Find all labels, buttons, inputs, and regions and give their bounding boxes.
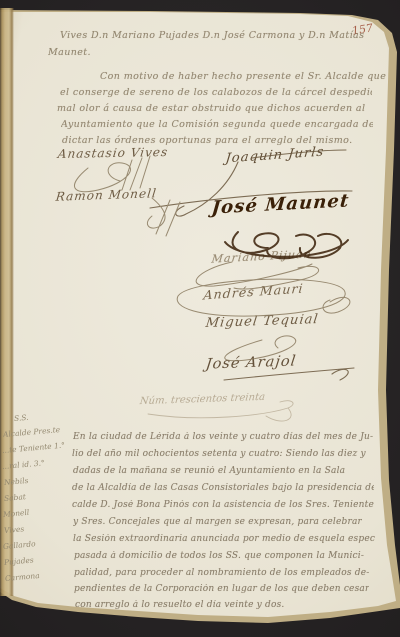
body-line: En la ciudad de Lérida á los veinte y cu… xyxy=(73,432,373,442)
margin-attendee: S.S. xyxy=(14,413,29,423)
body-line: pendientes de la Corporación en lugar de… xyxy=(74,584,369,594)
signature-anastasio-vives: Anastasio Vives xyxy=(57,145,169,161)
opening-line: Vives D.n Mariano Pujades D.n José Carmo… xyxy=(60,30,364,41)
body-line: lio del año mil ochocientos setenta y cu… xyxy=(72,449,366,459)
paragraph1-line: Ayuntamiento que la Comisión segunda que… xyxy=(61,119,373,130)
body-line: dadas de la mañana se reunió el Ayuntami… xyxy=(73,466,345,476)
manuscript-photo: 157 Vives D.n Mariano Pujades D.n José C… xyxy=(0,0,400,637)
body-line: con arreglo á lo resuelto el día veinte … xyxy=(75,600,285,610)
body-line: calde D. José Bona Pinós con la asistenc… xyxy=(72,500,374,510)
body-line: y Sres. Concejales que al margen se expr… xyxy=(73,517,362,527)
body-line: la Sesión extraordinaria anunciada por m… xyxy=(73,534,375,544)
opening-line: Maunet. xyxy=(48,47,91,58)
margin-attendee: Sabat xyxy=(4,492,27,503)
signature-jose-arajol: José Arajol xyxy=(205,353,298,372)
margin-attendee: Vives xyxy=(4,524,25,535)
body-line: palidad, para proceder al nombramiento d… xyxy=(74,568,369,578)
paragraph1-line: dictar las órdenes oportunas para el arr… xyxy=(62,135,353,146)
body-line: pasada á domicilio de todos los SS. que … xyxy=(74,551,364,561)
paragraph1-line: el conserge de sereno de los calabozos d… xyxy=(60,87,372,98)
paragraph1-line: mal olor á causa de estar obstruido que … xyxy=(57,103,365,114)
binding-gutter xyxy=(0,8,14,596)
paragraph1-line: Con motivo de haber hecho presente el Sr… xyxy=(100,71,386,82)
body-line: de la Alcaldía de las Casas Consistorial… xyxy=(72,483,374,493)
